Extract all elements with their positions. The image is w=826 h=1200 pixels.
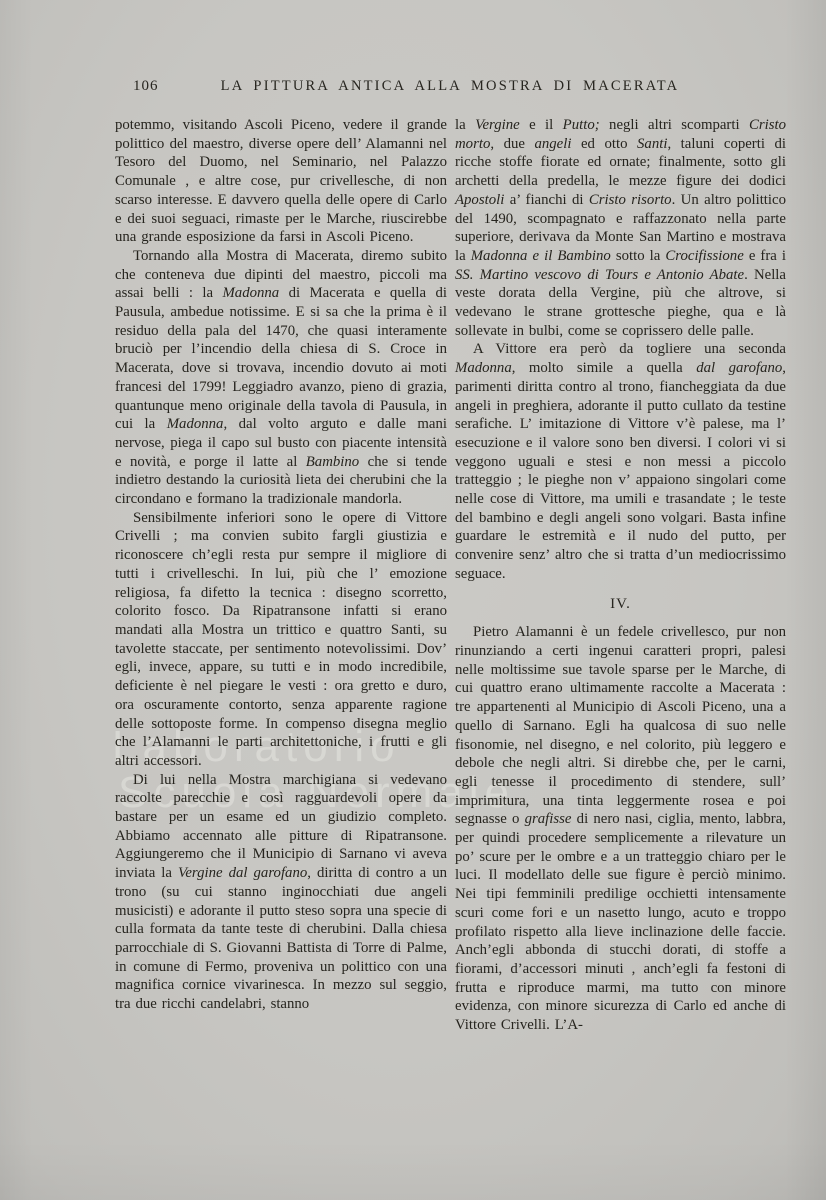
paragraph: Sensibilmente inferiori sono le opere di… [115,509,447,771]
section-heading: IV. [455,595,786,614]
paragraph: Pietro Alamanni è un fedele crivellesco,… [455,623,786,1034]
text-column-right: la Vergine e il Putto; negli altri scomp… [455,116,786,1035]
text-column-left: potemmo, visitando Ascoli Piceno, vedere… [115,116,447,1014]
paragraph: Di lui nella Mostra marchigiana si vedev… [115,771,447,1014]
page-number: 106 [133,78,159,95]
page-title: LA PITTURA ANTICA ALLA MOSTRA DI MACERAT… [115,78,785,95]
running-head: 106 LA PITTURA ANTICA ALLA MOSTRA DI MAC… [115,78,785,98]
paragraph: A Vittore era però da togliere una secon… [455,340,786,583]
paragraph: la Vergine e il Putto; negli altri scomp… [455,116,786,340]
paragraph: potemmo, visitando Ascoli Piceno, vedere… [115,116,447,247]
paragraph: Tornando alla Mostra di Macerata, diremo… [115,247,447,509]
